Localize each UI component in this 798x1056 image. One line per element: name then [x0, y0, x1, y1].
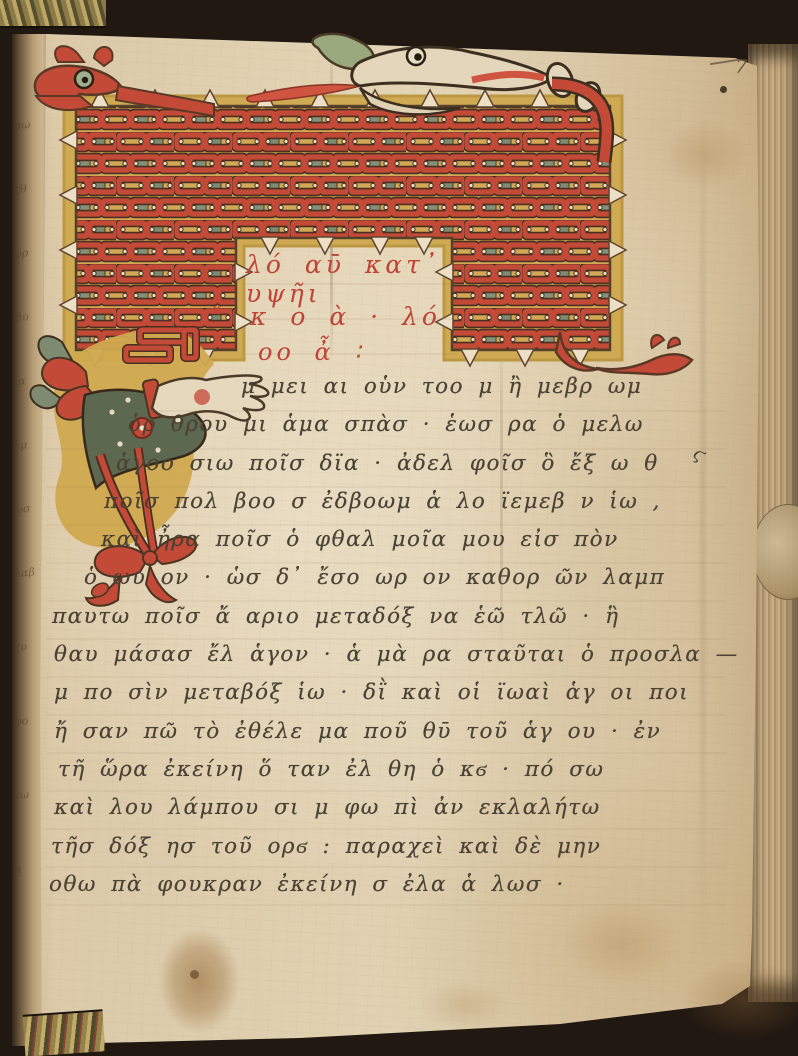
text-line: μ πο σὶν μεταβόξ ἱω · δῒ καὶ οἱ ϊωαὶ ἁγ … [46, 680, 726, 718]
text-block: μ μει αι οὑν τοο μ ἢ μεβρ ωμ ὀρ θρου μι … [46, 374, 726, 910]
text-line: παυτω ποῖσ ἄ αριο μεταδόξ να ἑῶ τλῶ · ἣ [46, 604, 726, 642]
rubric-line: κ ο ὰ · λό [246, 302, 456, 338]
text-line: ἁγοο σιω ποῖσ δϊα · ἀδελ φοῖσ ὃ ἔξ ω θ [46, 451, 726, 489]
text-line: ἤ σαν πῶ τὸ ἐθέλε μα ποῦ θῡ τοῦ ἁγ ου · … [46, 719, 726, 757]
rubric-line: οο ἆ ∶ [246, 338, 456, 366]
text-line: οθω πὰ φουκραν ἐκείνη σ ἐλα ἁ λωσ · [46, 872, 726, 910]
text-line: καὶ ἦρα ποῖσ ὁ φθαλ μοῖα μου εἰσ πὸν [46, 527, 726, 565]
rubric-line: λό αῡ κατ᾽ υψῆι [246, 250, 456, 302]
text-line: θαυ μάσασ ἔλ ἁγον · ἁ μὰ ρα σταῦται ὁ πρ… [46, 642, 726, 680]
text-line: μ μει αι οὑν τοο μ ἢ μεβρ ωμ [46, 374, 726, 412]
text-line: τῆσ δόξ ησ τοῦ ορϭ : παραχεὶ καὶ δὲ μην [46, 834, 726, 872]
text-line: ποῖσ πολ βοο σ ἐδβοωμ ἁ λο ϊεμεβ ν ἱω , [46, 489, 726, 527]
text-line: καὶ λου λάμπου σι μ φω πὶ ἀν εκλαλήτω [46, 795, 726, 833]
manuscript-photo: { "manuscript": { "folio_number": "7", "… [0, 0, 798, 1056]
text-line: ὁ ωυ ον · ὡσ δ᾽ ἔσο ωρ ον καθορ ῶν λαμπ [46, 565, 726, 603]
rubric-stray-letter: κ [212, 302, 221, 318]
rubric-block: λό αῡ κατ᾽ υψῆι κ ο ὰ · λό οο ἆ ∶ [246, 250, 456, 366]
text-line: τῆ ὥρα ἐκείνη ὅ ταν ἐλ θη ὁ κϭ · πό σω [46, 757, 726, 795]
text-line: ὀρ θρου μι ἁμα σπὰσ · ἑωσ ρα ὁ μελω [46, 412, 726, 450]
